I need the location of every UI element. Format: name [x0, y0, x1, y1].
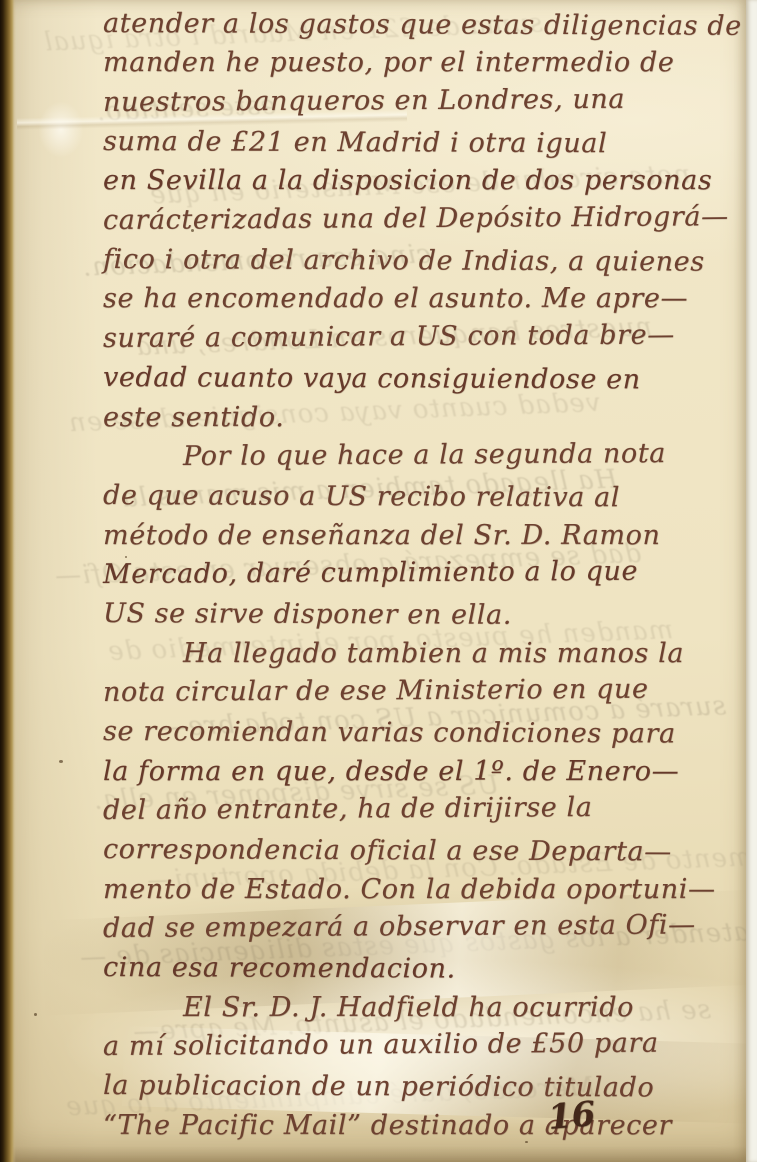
manuscript-line: a mí solicitando un auxilio de £50 para	[103, 1024, 659, 1067]
manuscript-line: Por lo que hace a la segunda nota	[183, 434, 666, 477]
binding-edge	[0, 0, 16, 1162]
manuscript-line: se ha encomendado el asunto. Me apre—	[103, 279, 688, 319]
manuscript-line: suma de £21 en Madrid i otra igual	[103, 122, 607, 164]
manuscript-line: Mercado, daré cumplimiento a lo que	[103, 552, 638, 595]
manuscript-line: dad se empezará a observar en esta Ofi—	[103, 905, 696, 949]
scanned-page: suma de £21 en Madrid i otra igualeste s…	[0, 0, 757, 1162]
manuscript-line: manden he puesto, por el intermedio de	[103, 43, 674, 83]
manuscript-line: este sentido.	[103, 398, 284, 438]
folio-number: 16	[546, 1094, 597, 1138]
manuscript-line: suraré a comunicar a US con toda bre—	[103, 315, 675, 358]
manuscript-line: atender a los gastos que estas diligenci…	[103, 4, 757, 47]
manuscript-line: método de enseñanza del Sr. D. Ramon	[103, 516, 660, 556]
manuscript-line: Ha llegado tambien a mis manos la	[183, 634, 684, 674]
scan-background-edge	[746, 0, 757, 1162]
manuscript-line: nota circular de ese Ministerio en que	[103, 670, 649, 713]
manuscript-line: nuestros banqueros en Londres, una	[103, 79, 625, 122]
manuscript-line: la forma en que, desde el 1º. de Enero—	[103, 752, 679, 792]
manuscript-line: US se sirve disponer en ella.	[103, 594, 512, 636]
manuscript-line: carácterizadas una del Depósito Hidrográ…	[103, 197, 729, 241]
manuscript-text: atender a los gastos que estas diligenci…	[0, 0, 757, 1162]
manuscript-line: se recomiendan varias condiciones para	[103, 712, 676, 754]
manuscript-line: correspondencia oficial a ese Departa—	[103, 830, 672, 872]
manuscript-line: del año entrante, ha de dirijirse la	[103, 788, 593, 831]
manuscript-line: mento de Estado. Con la debida oportuni—	[103, 870, 716, 910]
manuscript-line: vedad cuanto vaya consiguiendose en	[103, 358, 641, 400]
manuscript-line: El Sr. D. J. Hadfield ha ocurrido	[183, 988, 634, 1028]
manuscript-line: de que acuso a US recibo relativa al	[103, 476, 620, 518]
manuscript-line: en Sevilla a la disposicion de dos perso…	[103, 161, 712, 201]
manuscript-line: cina esa recomendacion.	[103, 948, 456, 990]
manuscript-line: fico i otra del archivo de Indias, a qui…	[103, 240, 705, 283]
